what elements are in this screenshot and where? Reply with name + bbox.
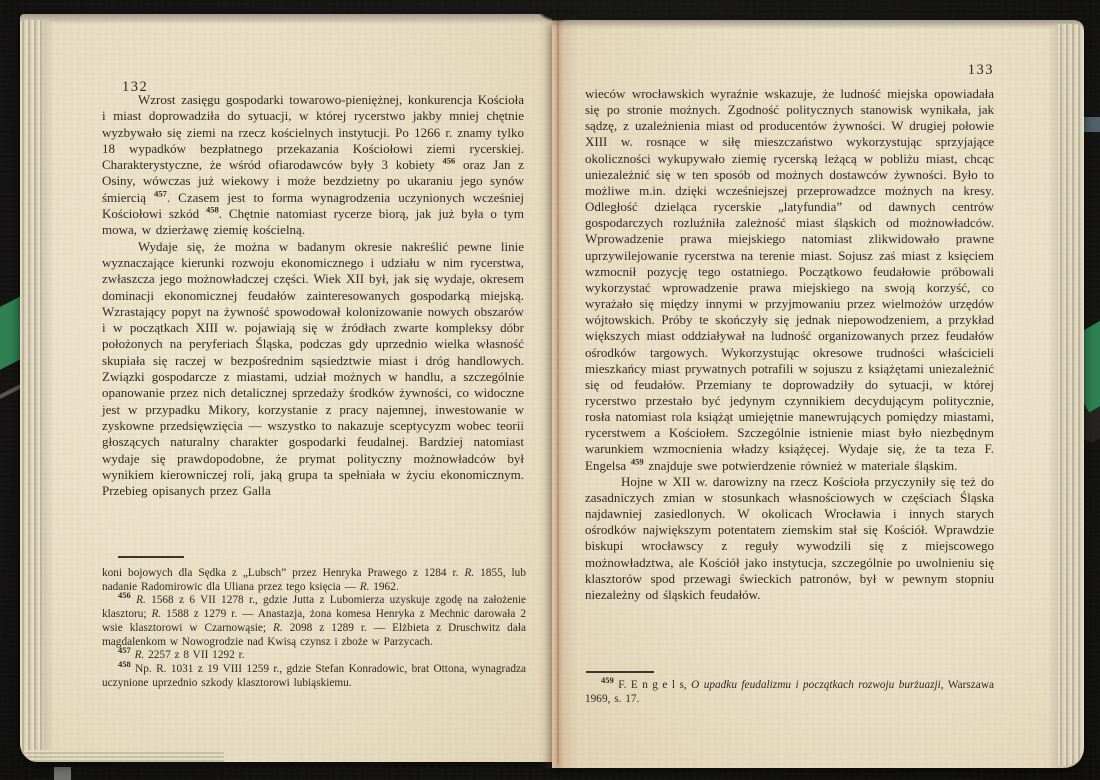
page-body-text-left: Wzrost zasięgu gospodarki towarowo-pieni… [102,92,524,499]
footnote: 456 R. 1568 z 6 VII 1278 r., gdzie Jutta… [102,594,526,649]
book-scan: 132 Wzrost zasięgu gospodarki towarowo-p… [0,0,1100,780]
paragraph: Wzrost zasięgu gospodarki towarowo-pieni… [102,92,524,239]
footnote-marker: 459 [601,675,614,685]
footnote-ref: 459 [631,456,644,466]
book-gutter-crease [557,22,559,764]
footnote-ref: 458 [206,205,219,215]
footnotes-left: koni bojowych dla Sędka z „Lubsch” przez… [102,567,526,690]
gray-chip-bottom [54,767,71,780]
footnote-ref: 457 [154,188,167,198]
page-edge-stack-right [1058,24,1084,766]
paragraph: Hojne w XII w. darowizny na rzecz Kościo… [585,474,994,603]
footnote-ref: 456 [443,156,456,166]
footnote-marker: 458 [118,659,131,669]
footnotes-right: 459 F. E n g e l s, O upadku feudalizmu … [585,679,994,706]
footnote: 459 F. E n g e l s, O upadku feudalizmu … [585,679,994,706]
paragraph: wieców wrocławskich wyraźnie wskazuje, ż… [585,86,994,474]
footnote-separator-left [118,556,184,558]
page-body-text-right: wieców wrocławskich wyraźnie wskazuje, ż… [585,86,994,603]
paragraph: Wydaje się, że można w badanym okresie n… [102,239,524,500]
footnote-separator-right [586,671,654,673]
footnote: 457 R. 2257 z 8 VII 1292 r. [102,649,526,663]
spine-top-notch [536,8,580,22]
footnote-marker: 456 [118,591,131,601]
page-edge-stack-bottom [24,750,224,762]
page-number-right: 133 [585,62,994,79]
page-edge-stack-left [20,20,44,760]
footnote-marker: 457 [118,645,131,655]
footnote: koni bojowych dla Sędka z „Lubsch” przez… [102,567,526,594]
footnote: 458 Np. R. 1031 z 19 VIII 1259 r., gdzie… [102,663,526,690]
